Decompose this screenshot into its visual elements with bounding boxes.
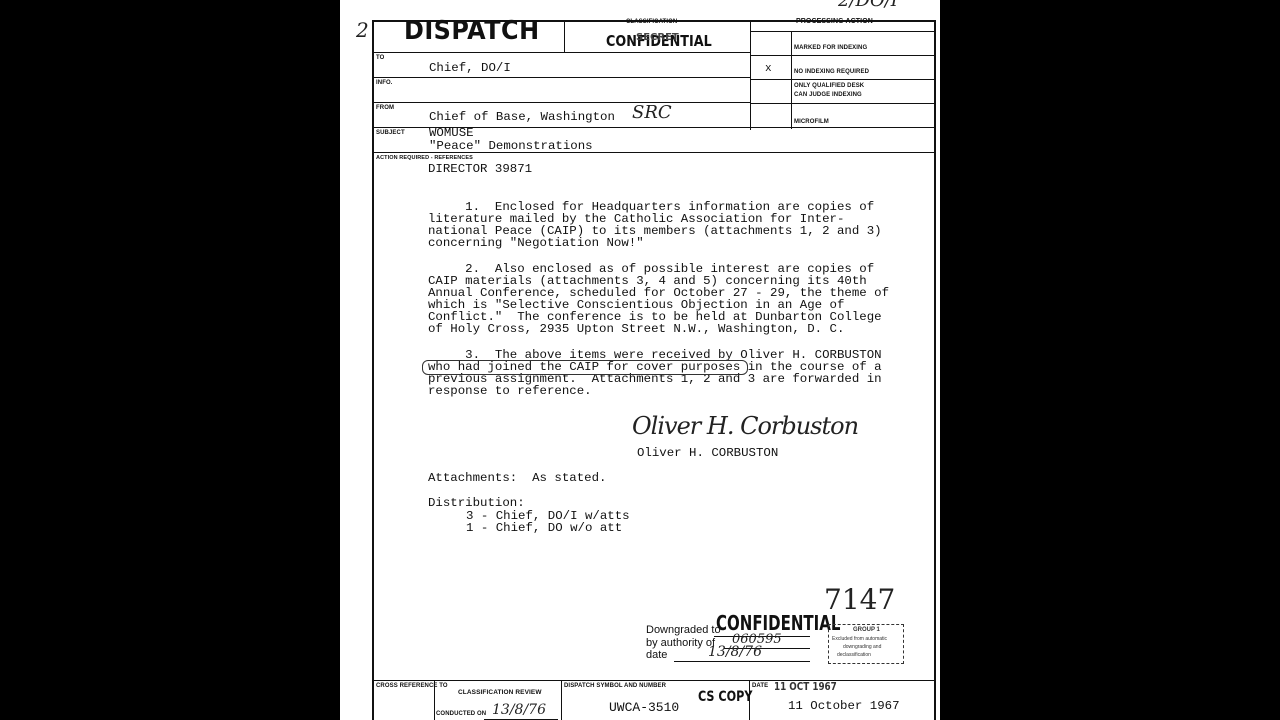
info-label: INFO.	[376, 80, 393, 86]
from-initials: SRC	[632, 102, 672, 123]
action-required-label: ACTION REQUIRED - REFERENCES	[376, 155, 473, 161]
subject-line-1: WOMUSE	[429, 127, 474, 139]
processing-only-qualified-desk: ONLY QUALIFIED DESK	[794, 83, 864, 89]
distribution-item: 1 - Chief, DO w/o att	[466, 522, 622, 534]
date-label-stamp: date	[646, 649, 667, 661]
signature: Oliver H. Corbuston	[632, 412, 858, 440]
cs-copy-stamp: CS COPY	[698, 689, 752, 705]
processing-microfilm: MICROFILM	[794, 119, 829, 125]
downgraded-label: Downgraded to	[646, 624, 721, 636]
handwritten-bracket	[422, 360, 748, 375]
from-label: FROM	[376, 105, 394, 111]
no-indexing-check[interactable]: x	[765, 63, 772, 75]
date-stamp: 11 OCT 1967	[774, 680, 837, 693]
processing-action-title: PROCESSING ACTION	[796, 18, 873, 25]
review-conducted-value: 13/8/76	[492, 702, 546, 718]
top-handwriting: 2/DO/I	[838, 0, 898, 11]
classification-overstrike: SECRET	[636, 32, 679, 43]
to-label: TO	[376, 55, 384, 61]
corner-mark: 2	[356, 18, 369, 42]
processing-can-judge-indexing: CAN JUDGE INDEXING	[794, 92, 862, 98]
classification-review-title: CLASSIFICATION REVIEW	[458, 689, 542, 696]
dispatch-symbol-value: UWCA-3510	[609, 702, 679, 714]
document-page: 2 2/DO/I DISPATCH CLASSIFICATION CONFIDE…	[340, 0, 940, 720]
date-value-stamp: 13/8/76	[708, 644, 762, 660]
group-1-stamp: GROUP 1 Excluded from automatic downgrad…	[828, 624, 904, 664]
subject-line-2: "Peace" Demonstrations	[429, 140, 593, 152]
authority-label: by authority of	[646, 637, 715, 649]
to-value: Chief, DO/I	[429, 62, 511, 74]
cross-reference-label: CROSS REFERENCE TO	[376, 683, 448, 689]
attachments: Attachments: As stated.	[428, 472, 606, 484]
distribution-label: Distribution:	[428, 497, 525, 509]
from-value: Chief of Base, Washington	[429, 111, 615, 123]
processing-no-indexing-required: NO INDEXING REQUIRED	[794, 69, 869, 75]
signature-typed: Oliver H. CORBUSTON	[637, 447, 778, 459]
classification-label: CLASSIFICATION	[626, 19, 677, 25]
dispatch-symbol-label: DISPATCH SYMBOL AND NUMBER	[564, 683, 666, 689]
date-value: 11 October 1967	[788, 700, 900, 712]
review-conducted-label: CONDUCTED ON	[436, 711, 486, 717]
subject-label: SUBJECT	[376, 130, 405, 136]
processing-marked-for-indexing: MARKED FOR INDEXING	[794, 45, 867, 51]
reference: DIRECTOR 39871	[428, 163, 532, 175]
dispatch-title: DISPATCH	[404, 16, 540, 46]
date-label: DATE	[752, 683, 768, 689]
